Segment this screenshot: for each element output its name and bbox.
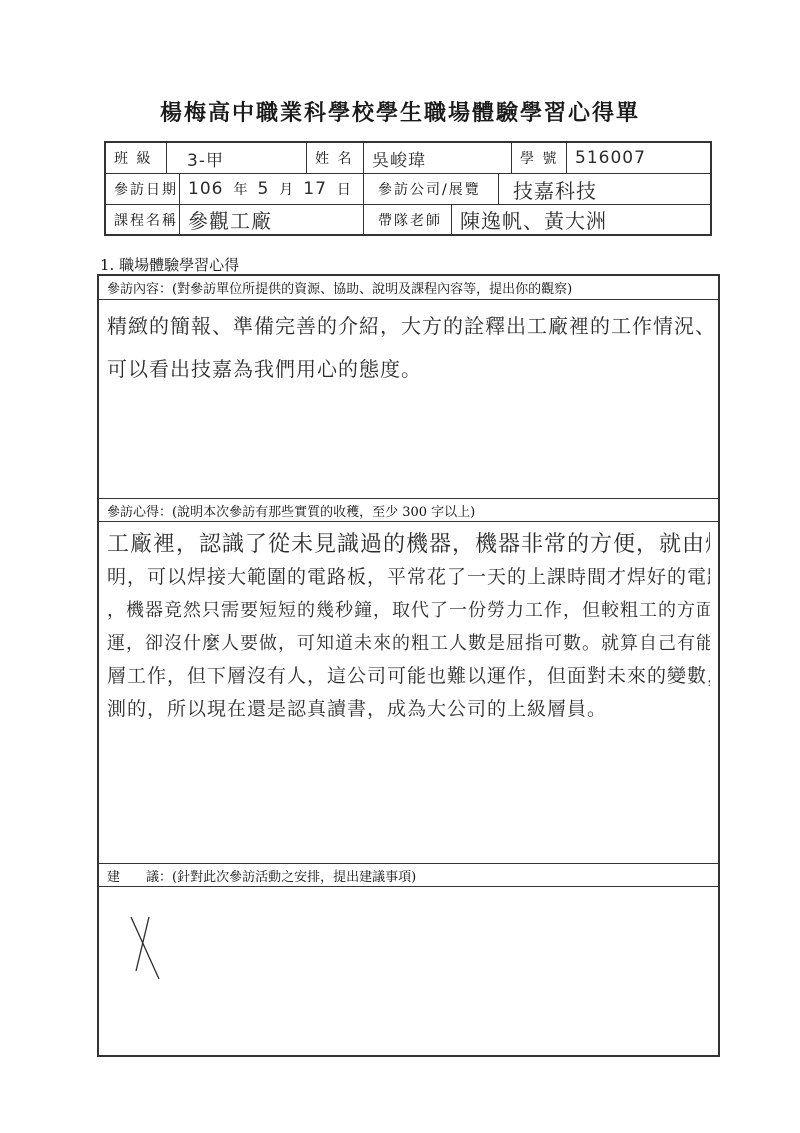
teacher-label: 帶隊老師 [364,205,452,234]
name-label: 姓 名 [307,143,364,173]
info-row-visit-date-company: 參訪日期 106 年 5 月 17 日 參訪公司/展覽 技嘉科技 [106,174,710,205]
suggestions-header: 建 議：(針對此次參訪活動之安排，提出建議事項) [99,863,718,887]
teacher-value: 陳逸帆、黃大洲 [460,205,607,234]
company-field[interactable]: 技嘉科技 [499,174,712,204]
reflection-line: 工廠裡，認識了從未見識過的機器，機器非常的方便，就由焊膏來說 [107,528,710,561]
class-value: 3-甲 [187,146,224,171]
reflection-form-box: 參訪內容：(對參訪單位所提供的資源、協助、說明及課程內容等，提出你的觀察) 精緻… [97,274,720,1057]
visit-month-value: 5 [257,179,269,199]
reflection-area[interactable]: 工廠裡，認識了從未見識過的機器，機器非常的方便，就由焊膏來說 明，可以焊接大範圍… [99,522,718,862]
reflection-line: 層工作，但下層沒有人，這公司可能也難以運作，但面對未來的變數，是難以預 [107,660,710,693]
visit-date-label: 參訪日期 [106,174,180,204]
teacher-field[interactable]: 陳逸帆、黃大洲 [452,205,712,234]
day-unit: 日 [337,179,351,199]
name-value: 吳峻瑋 [372,146,426,171]
company-label: 參訪公司/展覽 [364,174,499,204]
section-heading: 1. 職場體驗學習心得 [100,254,239,275]
reflection-header: 參訪心得：(說明本次參訪有那些實質的收穫，至少 300 字以上) [99,498,718,522]
course-name-value: 參觀工廠 [188,205,272,234]
visit-date-field[interactable]: 106 年 5 月 17 日 [180,174,364,204]
suggestions-area[interactable] [99,887,718,1055]
student-id-value: 516007 [575,148,646,168]
visit-year-value: 106 [188,179,223,199]
student-info-table: 班 級 3-甲 姓 名 吳峻瑋 學 號 516007 參訪日期 106 年 5 … [104,141,712,236]
name-field[interactable]: 吳峻瑋 [364,143,512,173]
reflection-line: 運，卻沒什麼人要做，可知道未來的粗工人數是屈指可數。就算自己有能力到上 [107,627,710,660]
month-unit: 月 [279,179,293,199]
info-row-class-name-id: 班 級 3-甲 姓 名 吳峻瑋 學 號 516007 [106,143,710,174]
reflection-line: 測的，所以現在還是認真讀書，成為大公司的上級層員。 [107,693,710,726]
visit-content-line: 精緻的簡報、準備完善的介紹，大方的詮釋出工廠裡的工作情況、內容 [107,310,710,343]
course-name-label: 課程名稱 [106,205,180,234]
info-row-course-teacher: 課程名稱 參觀工廠 帶隊老師 陳逸帆、黃大洲 [106,205,710,234]
document-title: 楊梅高中職業科學校學生職場體驗學習心得單 [0,96,800,127]
visit-content-line: 可以看出技嘉為我們用心的態度。 [107,353,710,386]
company-value: 技嘉科技 [513,175,597,204]
student-id-label: 學 號 [512,143,567,173]
reflection-line: ，機器竟然只需要短短的幾秒鐘，取代了一份勞力工作，但較粗工的方面，如搬 [107,594,710,627]
class-label: 班 級 [106,143,167,173]
class-field[interactable]: 3-甲 [167,143,307,173]
student-id-field[interactable]: 516007 [567,143,712,173]
visit-content-header: 參訪內容：(對參訪單位所提供的資源、協助、說明及課程內容等，提出你的觀察) [99,276,718,300]
visit-day-value: 17 [303,179,327,199]
course-name-field[interactable]: 參觀工廠 [180,205,364,234]
cross-mark-icon [129,915,163,981]
visit-content-area[interactable]: 精緻的簡報、準備完善的介紹，大方的詮釋出工廠裡的工作情況、內容 可以看出技嘉為我… [99,300,718,499]
reflection-line: 明，可以焊接大範圍的電路板，平常花了一天的上課時間才焊好的電路板 [107,561,710,594]
year-unit: 年 [233,179,247,199]
